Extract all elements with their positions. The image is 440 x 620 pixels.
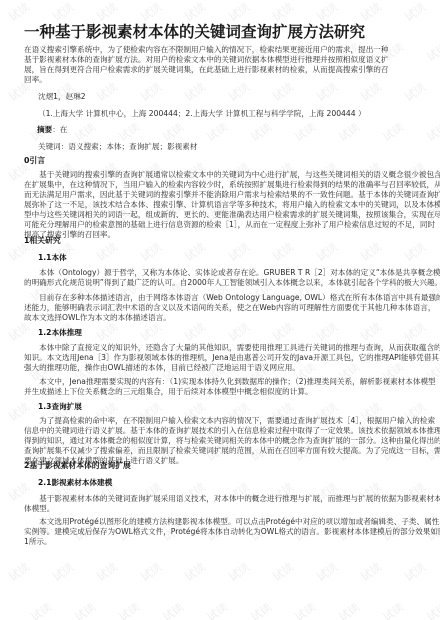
paragraph-line: 1所示。 <box>24 537 52 547</box>
paragraph-line: 体模型。 <box>24 504 54 514</box>
section-heading-related: 1相关研究 <box>24 236 61 246</box>
paragraph-line: 型中与这些关键词相关的词语一起，组成新的、更长的、更能准确表达用户检索需求的扩展… <box>24 210 440 220</box>
subsection-heading-query-expansion: 1.3查询扩展 <box>38 402 82 412</box>
subsection-heading-modeling: 2.1影视素材本体建模 <box>38 478 112 488</box>
paragraph-line: 的明确形式化规范说明”得到了最广泛的认可。自2000年人工智能领域引入本体概念以… <box>24 278 440 288</box>
paper-title: 一种基于影视素材本体的关键词查询扩展方法研究 <box>24 20 365 42</box>
paragraph-line: 本体（Ontology）源于哲学，又称为本体论、实体论或者存在论。GRUBER … <box>24 268 440 278</box>
summary-value: ：在 <box>52 125 67 134</box>
paragraph-line: 本体中除了直接定义的知识外，还隐含了大量的其他知识，需要使用推理工具进行关键词的… <box>24 343 440 353</box>
paragraph-line: 实例等。建模完成后保存为OWL格式文件，Protégé将本体自动转化为OWL格式… <box>24 527 440 537</box>
paragraph-line: 在扩展集中，在这种情况下，当用户输入的检索内容较少时，系统按照扩展集进行检索得到… <box>24 180 440 190</box>
paragraph-line: 本文中，Jena推理需要实现的内容有：（1)实现本体持久化到数据库的操作；（2)… <box>24 377 436 387</box>
paragraph-line: 强大的推理功能，操作由OWL描述的本体，目前已经被广泛地运用于语义网应用。 <box>24 363 300 373</box>
paragraph-line: 基于影视素材本体的关键词查询扩展采用语义技术，对本体中的概念进行推理与扩展，而推… <box>24 494 440 504</box>
paragraph-line: 展弥补了这一不足，该技术结合本体、搜索引擎、计算机语言学等多种技术，将用户输入的… <box>24 200 440 210</box>
paragraph-line: 述能力，能够明确表示词汇表中术语的含义以及术语间的关系，使之在Web内容的可理解… <box>24 303 435 313</box>
keywords-label: 关键词 <box>38 142 61 151</box>
abstract-line: 展，旨在得到更符合用户检索需求的扩展关键词集，在此基础上进行影视素材的检索，从而… <box>24 65 389 75</box>
subsection-heading-ontology: 1.1本体 <box>38 253 67 263</box>
section-heading-intro: 0引言 <box>24 156 45 166</box>
section-heading-method: 2基于影视素材本体的查询扩展 <box>24 461 131 471</box>
affiliations: （1.上海大学 计算机中心，上海 200444；2.上海大学 计算机工程与科学学… <box>38 109 366 119</box>
paragraph-line: 得到的知识，通过对本体概念的相似度计算，将与检索关键词相关的本体中的概念作为查询… <box>24 436 440 446</box>
paragraph-line: 本文选用Protégé以图形化的建模方法构建影视本体模型。可以点击Protégé… <box>24 517 440 527</box>
paragraph-line: 并生成描述上下位关系概念的三元组集合，用于后续对本体模型中概念相似度的计算。 <box>24 387 313 397</box>
authors: 沈熠1，赵琳2 <box>38 92 86 102</box>
abstract-line: 在语义搜索引擎系统中，为了使检索内容在不限制用户输入的情况下，检索结果更接近用户… <box>24 45 389 55</box>
abstract-line: 基于影视素材本体的查询扩展方法。对用户的检索文本中的关键词依据本体模型进行推理并… <box>24 55 389 65</box>
keywords-value: ：语义搜索；本体；查询扩展；影视素材 <box>61 142 198 151</box>
abstract-line: 回率。 <box>24 75 47 85</box>
subsection-heading-reasoning: 1.2本体推理 <box>38 328 82 338</box>
keywords-row: 关键词：语义搜索；本体；查询扩展；影视素材 <box>38 142 197 152</box>
paragraph-line: 信息中的关键词进行语义扩展。基于本体的查询扩展技术的引入在信息检索过程中取得了一… <box>24 426 440 436</box>
paragraph-line: 知识。本文选用Jena［3］作为影视领域本体的推理机，Jena是由惠普公司开发的… <box>24 353 439 363</box>
document-page: 一种基于影视素材本体的关键词查询扩展方法研究 在语义搜索引擎系统中，为了使检索内… <box>0 0 440 620</box>
paragraph-line: 目前存在多种本体描述语言，由于网络本体语言（Web Ontology Langu… <box>24 293 440 303</box>
paragraph-line: 可能充分理解用户的检索意图的基础上进行信息资源的检索［1］，从而在一定程度上弥补… <box>24 220 435 230</box>
paragraph-line: 查询扩展集不仅减少了搜索偏差，而且限制了检索关键词扩展的范围，从而在召回率方面有… <box>24 446 440 456</box>
summary-label: 摘要 <box>37 125 52 134</box>
paragraph-line: 为了提高检索的命中率，在不限制用户输入检索文本内容的情况下，需要通过查询扩展技术… <box>24 416 435 426</box>
paragraph-line: 而无法满足用户需求，因此基于关键词的搜索引擎并不能消除用户需求与检索结果的不一致… <box>24 190 440 200</box>
paragraph-line: 基于关键词的搜索引擎的查询扩展通常以检索文本中的关键词为中心进行扩展，与这些关键… <box>24 170 440 180</box>
summary-row: 摘要：在 <box>37 125 67 135</box>
paragraph-line: 故本文选择OWL作为本文的本体描述语言。 <box>24 313 171 323</box>
